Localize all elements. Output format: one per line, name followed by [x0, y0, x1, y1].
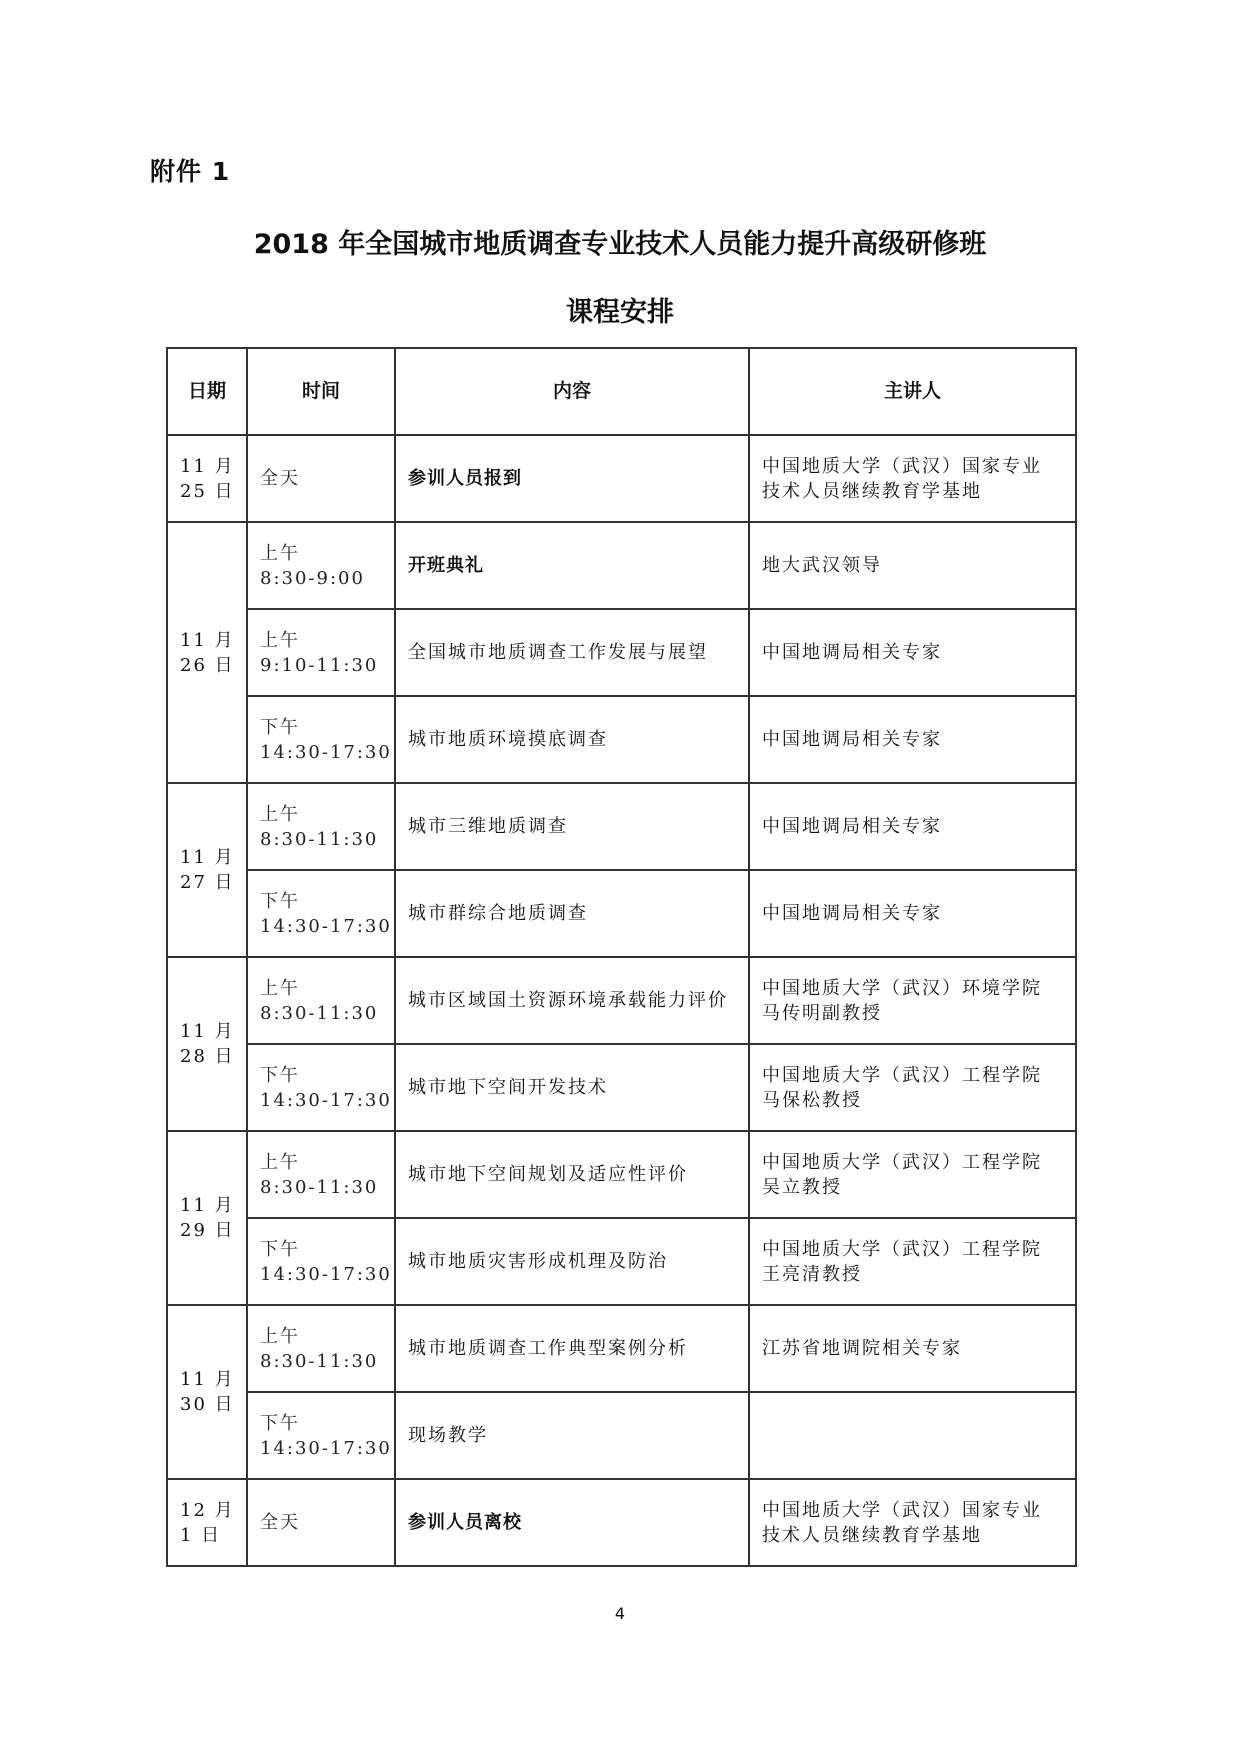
- speaker-cell: 地大武汉领导: [749, 522, 1076, 609]
- time-period: 上午: [260, 628, 394, 653]
- header-date: 日期: [167, 348, 247, 435]
- time-hours: 8:30-11:30: [260, 1175, 394, 1200]
- speaker-line: 马保松教授: [762, 1088, 1075, 1113]
- content-cell: 参训人员报到: [395, 435, 749, 522]
- date-cell: 12 月1 日: [167, 1479, 247, 1566]
- time-cell: 全天: [247, 435, 395, 522]
- time-hours: 14:30-17:30: [260, 1436, 394, 1461]
- header-time: 时间: [247, 348, 395, 435]
- speaker-cell: 中国地质大学（武汉）工程学院吴立教授: [749, 1131, 1076, 1218]
- time-period: 上午: [260, 541, 394, 566]
- time-cell: 上午8:30-9:00: [247, 522, 395, 609]
- speaker-line: 中国地质大学（武汉）工程学院: [762, 1063, 1075, 1088]
- date-month: 11 月: [180, 1019, 246, 1044]
- speaker-line: 中国地质大学（武汉）工程学院: [762, 1237, 1075, 1262]
- content-cell: 参训人员离校: [395, 1479, 749, 1566]
- header-content: 内容: [395, 348, 749, 435]
- date-cell: 11 月25 日: [167, 435, 247, 522]
- time-period: 下午: [260, 1063, 394, 1088]
- date-day: 26 日: [180, 653, 246, 678]
- document-subtitle: 课程安排: [0, 290, 1240, 329]
- time-period: 下午: [260, 1411, 394, 1436]
- date-day: 1 日: [180, 1523, 246, 1548]
- speaker-line: 马传明副教授: [762, 1001, 1075, 1026]
- table-row: 11 月26 日上午8:30-9:00开班典礼地大武汉领导: [167, 522, 1076, 609]
- speaker-line: 技术人员继续教育学基地: [762, 479, 1075, 504]
- content-cell: 城市地下空间开发技术: [395, 1044, 749, 1131]
- time-cell: 上午8:30-11:30: [247, 783, 395, 870]
- table-row: 上午9:10-11:30全国城市地质调查工作发展与展望中国地调局相关专家: [167, 609, 1076, 696]
- date-day: 28 日: [180, 1044, 246, 1069]
- date-cell: 11 月26 日: [167, 522, 247, 783]
- table-row: 下午14:30-17:30城市地质环境摸底调查中国地调局相关专家: [167, 696, 1076, 783]
- speaker-line: 技术人员继续教育学基地: [762, 1523, 1075, 1548]
- table-row: 下午14:30-17:30城市地质灾害形成机理及防治中国地质大学（武汉）工程学院…: [167, 1218, 1076, 1305]
- table-row: 11 月28 日上午8:30-11:30城市区域国土资源环境承载能力评价中国地质…: [167, 957, 1076, 1044]
- table-row: 下午14:30-17:30城市群综合地质调查中国地调局相关专家: [167, 870, 1076, 957]
- content-cell: 城市地质调查工作典型案例分析: [395, 1305, 749, 1392]
- time-period: 上午: [260, 1150, 394, 1175]
- time-cell: 上午8:30-11:30: [247, 957, 395, 1044]
- table-row: 11 月27 日上午8:30-11:30城市三维地质调查中国地调局相关专家: [167, 783, 1076, 870]
- content-cell: 城市地质灾害形成机理及防治: [395, 1218, 749, 1305]
- date-month: 11 月: [180, 1193, 246, 1218]
- content-cell: 城市三维地质调查: [395, 783, 749, 870]
- date-cell: 11 月28 日: [167, 957, 247, 1131]
- date-month: 11 月: [180, 845, 246, 870]
- speaker-line: 中国地调局相关专家: [762, 901, 1075, 926]
- content-cell: 城市地质环境摸底调查: [395, 696, 749, 783]
- schedule-body: 11 月25 日全天参训人员报到中国地质大学（武汉）国家专业技术人员继续教育学基…: [167, 435, 1076, 1566]
- speaker-cell: 中国地调局相关专家: [749, 870, 1076, 957]
- content-cell: 城市地下空间规划及适应性评价: [395, 1131, 749, 1218]
- time-hours: 9:10-11:30: [260, 653, 394, 678]
- time-hours: 14:30-17:30: [260, 914, 394, 939]
- speaker-line: 中国地质大学（武汉）国家专业: [762, 1498, 1075, 1523]
- date-month: 11 月: [180, 1367, 246, 1392]
- time-hours: 8:30-11:30: [260, 1349, 394, 1374]
- speaker-line: 中国地质大学（武汉）国家专业: [762, 454, 1075, 479]
- speaker-cell: 中国地质大学（武汉）环境学院马传明副教授: [749, 957, 1076, 1044]
- time-period: 上午: [260, 802, 394, 827]
- date-day: 25 日: [180, 479, 246, 504]
- date-month: 12 月: [180, 1498, 246, 1523]
- speaker-line: 中国地质大学（武汉）环境学院: [762, 976, 1075, 1001]
- speaker-cell: 中国地调局相关专家: [749, 609, 1076, 696]
- date-cell: 11 月27 日: [167, 783, 247, 957]
- time-hours: 8:30-9:00: [260, 566, 394, 591]
- table-row: 12 月1 日全天参训人员离校中国地质大学（武汉）国家专业技术人员继续教育学基地: [167, 1479, 1076, 1566]
- table-row: 下午14:30-17:30城市地下空间开发技术中国地质大学（武汉）工程学院马保松…: [167, 1044, 1076, 1131]
- content-cell: 现场教学: [395, 1392, 749, 1479]
- time-cell: 下午14:30-17:30: [247, 1044, 395, 1131]
- time-period: 下午: [260, 889, 394, 914]
- speaker-line: 王亮清教授: [762, 1262, 1075, 1287]
- speaker-line: 地大武汉领导: [762, 553, 1075, 578]
- time-period: 上午: [260, 1324, 394, 1349]
- date-month: 11 月: [180, 454, 246, 479]
- speaker-cell: 中国地质大学（武汉）工程学院马保松教授: [749, 1044, 1076, 1131]
- date-month: 11 月: [180, 628, 246, 653]
- time-period: 全天: [260, 1510, 394, 1535]
- date-cell: 11 月29 日: [167, 1131, 247, 1305]
- attachment-label: 附件 1: [150, 152, 230, 188]
- speaker-line: 中国地调局相关专家: [762, 727, 1075, 752]
- time-cell: 下午14:30-17:30: [247, 870, 395, 957]
- time-hours: 14:30-17:30: [260, 740, 394, 765]
- date-day: 29 日: [180, 1218, 246, 1243]
- time-cell: 全天: [247, 1479, 395, 1566]
- content-cell: 开班典礼: [395, 522, 749, 609]
- date-day: 27 日: [180, 870, 246, 895]
- schedule-table: 日期 时间 内容 主讲人 11 月25 日全天参训人员报到中国地质大学（武汉）国…: [166, 347, 1077, 1567]
- date-cell: 11 月30 日: [167, 1305, 247, 1479]
- table-row: 11 月25 日全天参训人员报到中国地质大学（武汉）国家专业技术人员继续教育学基…: [167, 435, 1076, 522]
- table-header-row: 日期 时间 内容 主讲人: [167, 348, 1076, 435]
- time-cell: 上午9:10-11:30: [247, 609, 395, 696]
- table-row: 11 月30 日上午8:30-11:30城市地质调查工作典型案例分析江苏省地调院…: [167, 1305, 1076, 1392]
- speaker-line: 江苏省地调院相关专家: [762, 1336, 1075, 1361]
- content-cell: 城市区域国土资源环境承载能力评价: [395, 957, 749, 1044]
- speaker-line: 吴立教授: [762, 1175, 1075, 1200]
- speaker-line: 中国地质大学（武汉）工程学院: [762, 1150, 1075, 1175]
- time-period: 全天: [260, 466, 394, 491]
- time-period: 下午: [260, 1237, 394, 1262]
- content-cell: 城市群综合地质调查: [395, 870, 749, 957]
- time-period: 上午: [260, 976, 394, 1001]
- date-day: 30 日: [180, 1392, 246, 1417]
- speaker-cell: 中国地质大学（武汉）国家专业技术人员继续教育学基地: [749, 1479, 1076, 1566]
- time-cell: 上午8:30-11:30: [247, 1131, 395, 1218]
- speaker-line: 中国地调局相关专家: [762, 640, 1075, 665]
- content-cell: 全国城市地质调查工作发展与展望: [395, 609, 749, 696]
- speaker-cell: 中国地调局相关专家: [749, 783, 1076, 870]
- header-speaker: 主讲人: [749, 348, 1076, 435]
- time-cell: 下午14:30-17:30: [247, 696, 395, 783]
- speaker-cell: 中国地质大学（武汉）工程学院王亮清教授: [749, 1218, 1076, 1305]
- time-cell: 下午14:30-17:30: [247, 1392, 395, 1479]
- speaker-cell: 江苏省地调院相关专家: [749, 1305, 1076, 1392]
- time-hours: 14:30-17:30: [260, 1262, 394, 1287]
- document-title: 2018 年全国城市地质调查专业技术人员能力提升高级研修班: [0, 222, 1240, 261]
- table-row: 11 月29 日上午8:30-11:30城市地下空间规划及适应性评价中国地质大学…: [167, 1131, 1076, 1218]
- speaker-cell: 中国地质大学（武汉）国家专业技术人员继续教育学基地: [749, 435, 1076, 522]
- speaker-line: 中国地调局相关专家: [762, 814, 1075, 839]
- speaker-cell: 中国地调局相关专家: [749, 696, 1076, 783]
- time-hours: 8:30-11:30: [260, 1001, 394, 1026]
- time-period: 下午: [260, 715, 394, 740]
- time-cell: 下午14:30-17:30: [247, 1218, 395, 1305]
- page-number: 4: [0, 1604, 1240, 1623]
- time-cell: 上午8:30-11:30: [247, 1305, 395, 1392]
- table-row: 下午14:30-17:30现场教学: [167, 1392, 1076, 1479]
- time-hours: 14:30-17:30: [260, 1088, 394, 1113]
- time-hours: 8:30-11:30: [260, 827, 394, 852]
- speaker-cell: [749, 1392, 1076, 1479]
